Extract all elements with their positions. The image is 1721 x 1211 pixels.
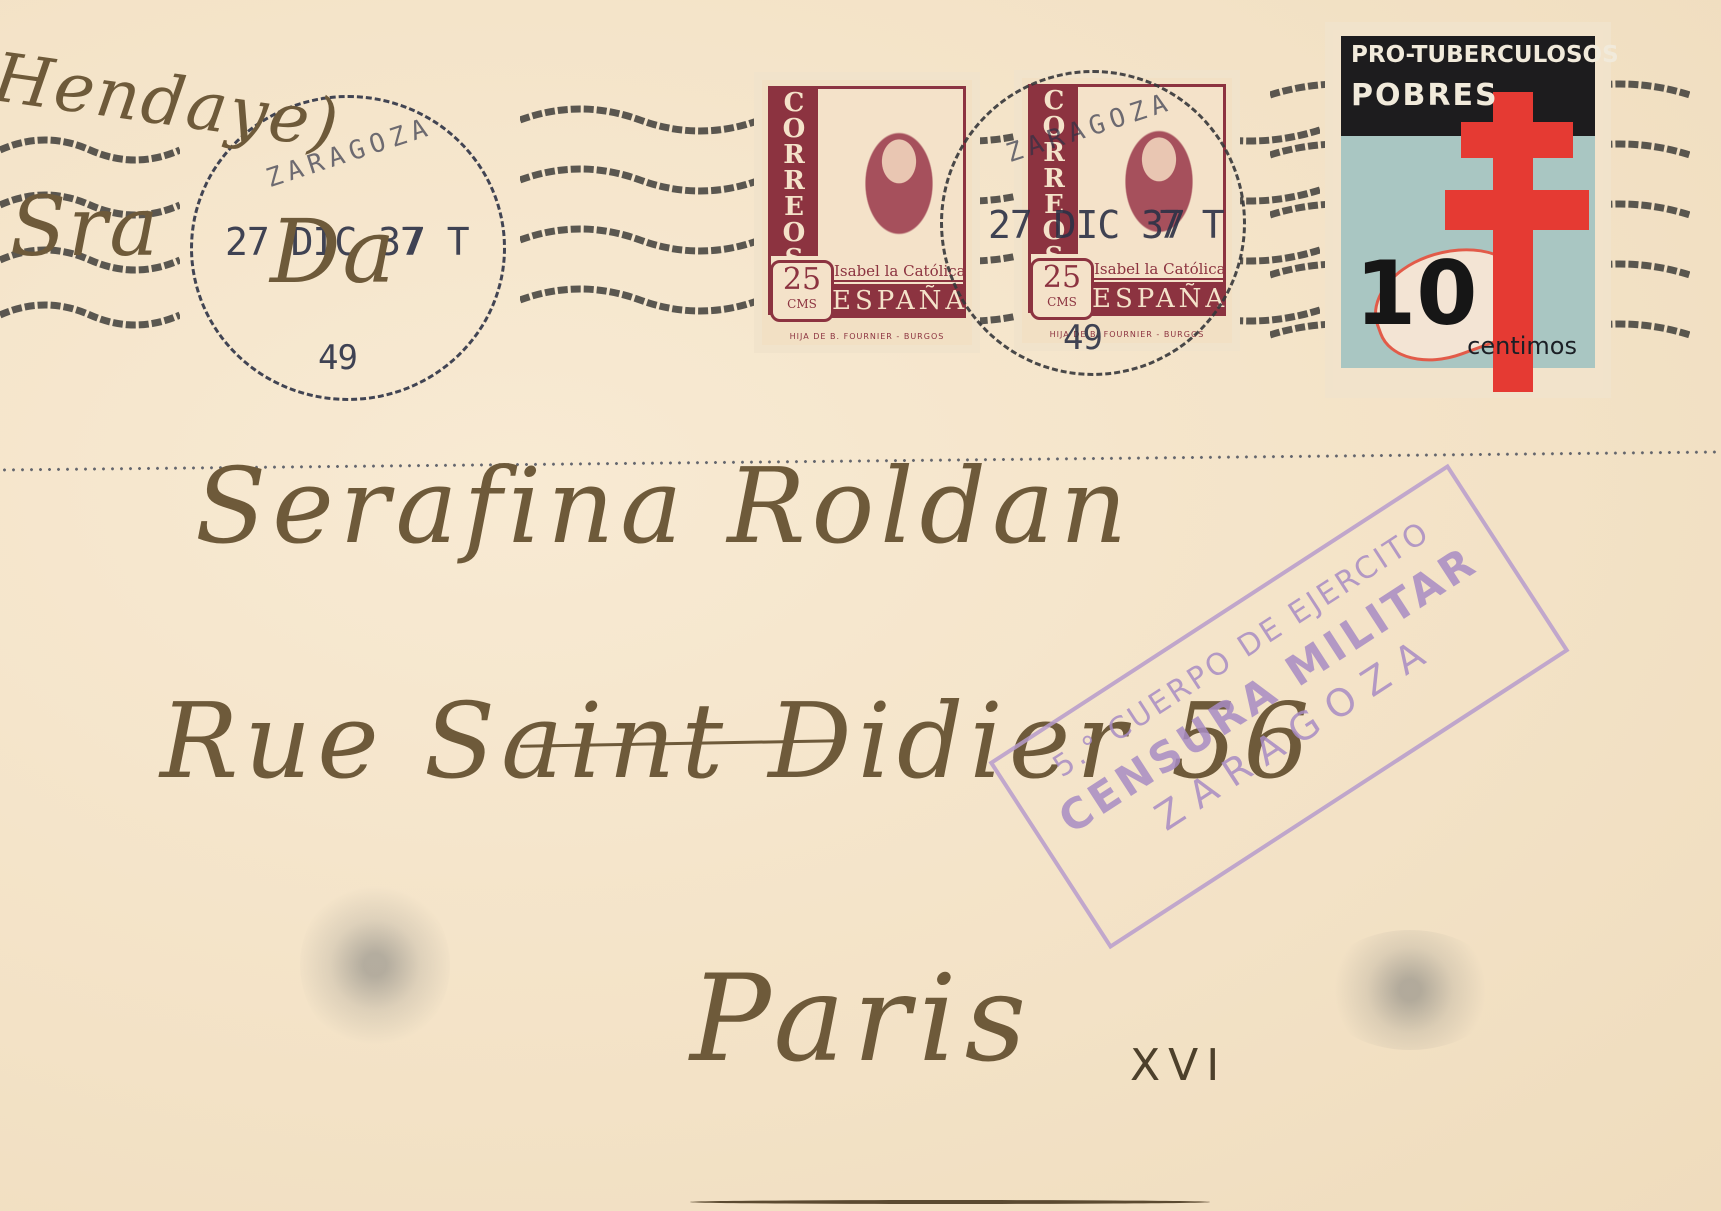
ink-offset-mark	[1320, 930, 1500, 1050]
stamp-side-text: CORREOS	[770, 88, 818, 256]
charity-unit: centimos	[1467, 332, 1577, 360]
charity-line1: PRO-TUBERCULOSOS	[1351, 42, 1619, 68]
postmark-number: 49	[318, 338, 357, 378]
stamp-printer: HIJA DE B. FOURNIER - BURGOS	[762, 332, 972, 341]
stamp-unit: CMS	[773, 297, 831, 311]
censor-line2: CENSURA MILITAR	[1028, 522, 1508, 857]
wavy-cancellation-middle	[520, 90, 760, 350]
charity-line2: POBRES	[1351, 78, 1499, 113]
city-underline	[690, 1200, 1210, 1204]
stamp-value-box: 25 CMS	[770, 260, 834, 322]
recipient-city: Paris	[690, 950, 1034, 1089]
ink-offset-mark	[300, 880, 450, 1050]
envelope: ZARAGOZA 27 DIC 37 7 T 49 CORREOS 25 CMS…	[0, 0, 1721, 1211]
charity-value: 10	[1355, 250, 1477, 338]
salutation-da: Da	[270, 200, 397, 303]
postmark-date: 27 DIC 37	[988, 203, 1185, 247]
recipient-name: Serafina Roldan	[195, 445, 1133, 567]
lorraine-cross-bar	[1461, 122, 1573, 158]
stamp-value: 25	[773, 263, 831, 297]
postmark-time: 7 T	[1158, 203, 1224, 247]
salutation-sra: Sra	[10, 180, 160, 275]
recipient-district: XVI	[1130, 1040, 1227, 1091]
forwarding-note: Hendaye)	[0, 38, 345, 165]
charity-stamp-tuberculosis: PRO-TUBERCULOSOS POBRES 10 centimos	[1333, 30, 1603, 390]
postmark-city: ZARAGOZA	[1003, 87, 1177, 169]
lorraine-cross-bar	[1445, 190, 1589, 230]
postmark-time: 7 T	[403, 220, 469, 264]
postmark-number: 49	[1063, 318, 1102, 358]
circular-postmark: ZARAGOZA 27 DIC 37 7 T 49	[940, 70, 1246, 376]
stamp-country: ESPAÑA	[832, 284, 966, 318]
